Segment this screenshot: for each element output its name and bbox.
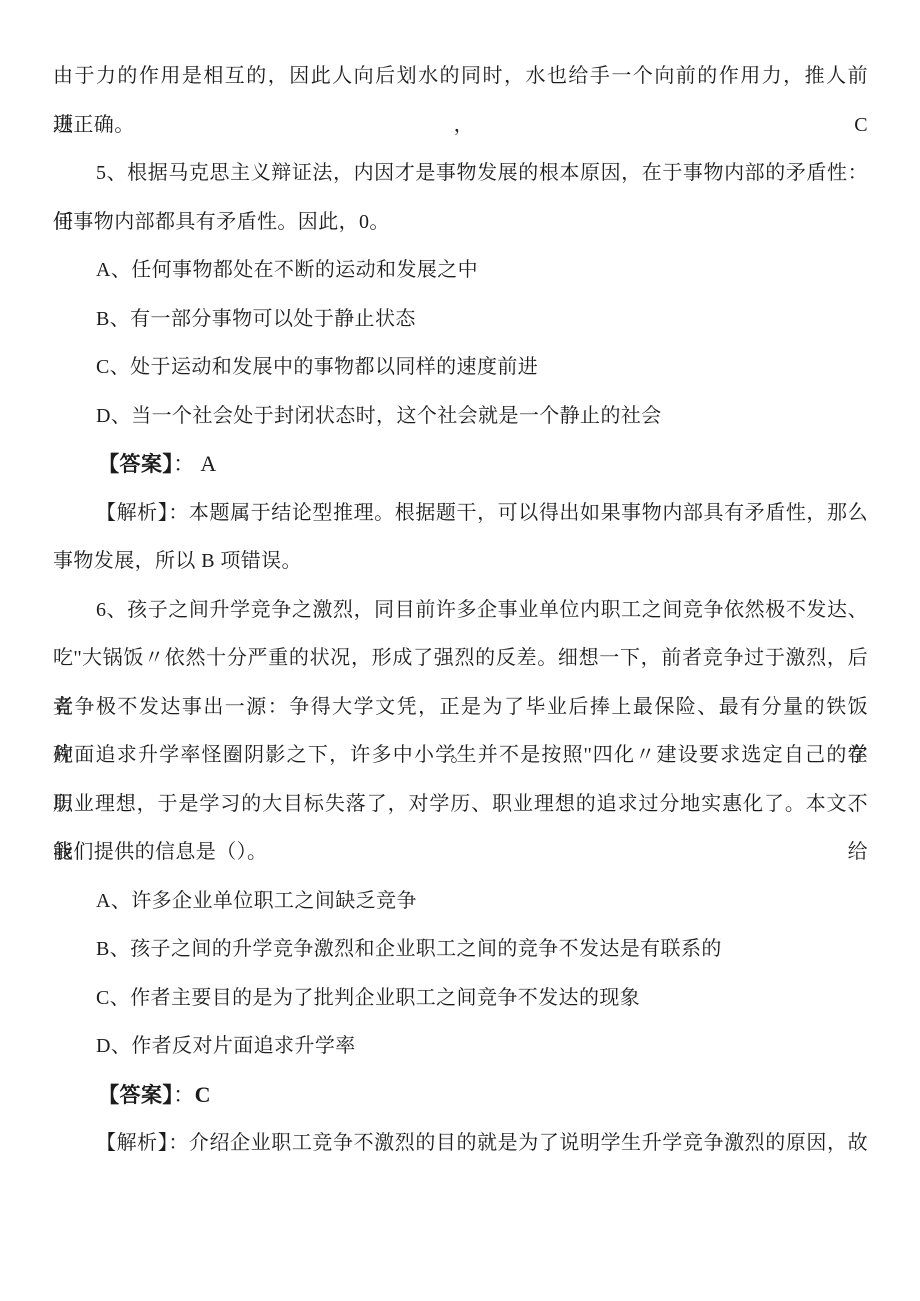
question-stem-line: 5、根据马克思主义辩证法，内因才是事物发展的根本原因，在于事物内部的矛盾性：任 bbox=[53, 149, 868, 198]
answer-value: C bbox=[195, 1082, 211, 1107]
option-line: D、作者反对片面追求升学率 bbox=[53, 1022, 868, 1071]
option-line: C、处于运动和发展中的事物都以同样的速度前进 bbox=[53, 343, 868, 392]
option-line: A、任何事物都处在不断的运动和发展之中 bbox=[53, 246, 868, 295]
document-page: 由于力的作用是相互的，因此人向后划水的同时，水也给手一个向前的作用力，推人前进，… bbox=[0, 0, 920, 1301]
analysis-line: 【解析】：本题属于结论型推理。根据题干，可以得出如果事物内部具有矛盾性，那么 bbox=[53, 489, 868, 538]
question-stem-continuation-line: 片面追求升学率怪圈阴影之下，许多中小学生并不是按照''四化〃建设要求选定自己的学… bbox=[53, 731, 868, 780]
answer-label: 【答案】 bbox=[98, 452, 173, 476]
document-body: 由于力的作用是相互的，因此人向后划水的同时，水也给手一个向前的作用力，推人前进，… bbox=[53, 52, 868, 1168]
question-stem-line: 6、孩子之间升学竞争之激烈，同目前许多企事业单位内职工之间竞争依然极不发达、 bbox=[53, 586, 868, 635]
option-line: B、有一部分事物可以处于静止状态 bbox=[53, 295, 868, 344]
question-stem-continuation-line: 职业理想，于是学习的大目标失落了，对学历、职业理想的追求过分地实惠化了。本文不能… bbox=[53, 780, 868, 829]
answer-value: A bbox=[200, 451, 216, 476]
option-line: B、孩子之间的升学竞争激烈和企业职工之间的竞争不发达是有联系的 bbox=[53, 925, 868, 974]
analysis-line: 【解析】：介绍企业职工竞争不激烈的目的就是为了说明学生升学竞争激烈的原因，故 bbox=[53, 1119, 868, 1168]
option-line: D、当一个社会处于封闭状态时，这个社会就是一个静止的社会 bbox=[53, 392, 868, 441]
question-stem-continuation-line: 吃''大锅饭〃依然十分严重的状况，形成了强烈的反差。细想一下，前者竞争过于激烈，… bbox=[53, 634, 868, 683]
answer-line: 【答案】： A bbox=[53, 440, 868, 489]
answer-label: 【答案】 bbox=[98, 1083, 173, 1107]
analysis-continuation-line: 事物发展，所以 B 项错误。 bbox=[53, 537, 868, 586]
question-stem-continuation-line: 竞争极不发达事出一源：争得大学文凭，正是为了毕业后捧上最保险、最有分量的铁饭碗。… bbox=[53, 683, 868, 732]
option-line: C、作者主要目的是为了批判企业职工之间竞争不发达的现象 bbox=[53, 974, 868, 1023]
question-stem-continuation-line: 何事物内部都具有矛盾性。因此，0。 bbox=[53, 198, 868, 247]
answer-line: 【答案】：C bbox=[53, 1071, 868, 1120]
option-line: A、许多企业单位职工之间缺乏竞争 bbox=[53, 877, 868, 926]
analysis-continuation-line: 由于力的作用是相互的，因此人向后划水的同时，水也给手一个向前的作用力，推人前进，… bbox=[53, 52, 868, 101]
answer-separator: ： bbox=[173, 452, 200, 476]
answer-separator: ： bbox=[173, 1083, 194, 1107]
